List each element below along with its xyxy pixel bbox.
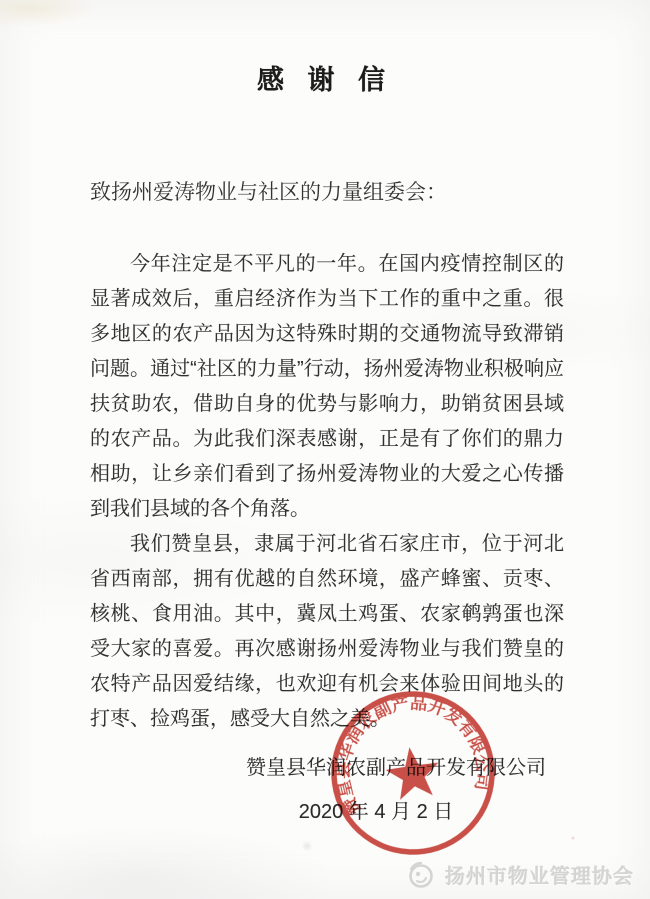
scanned-letter-page: 感 谢 信 致扬州爱涛物业与社区的力量组委会： 今年注定是不平凡的一年。在国内疫… [0,0,650,899]
letter-body: 今年注定是不平凡的一年。在国内疫情控制区的显著成效后，重启经济作为当下工作的重中… [90,247,564,737]
letter-title: 感 谢 信 [0,58,650,97]
company-seal-stamp: 赞皇县华润农副产品开发有限公司 [316,676,510,870]
watermark-text: 扬州市物业管理协会 [445,860,634,889]
red-star-icon [383,744,443,802]
association-watermark: 扬州市物业管理协会 [405,857,634,891]
letter-salutation: 致扬州爱涛物业与社区的力量组委会： [90,176,565,206]
association-logo-icon [405,857,437,891]
letter-paragraph-1: 今年注定是不平凡的一年。在国内疫情控制区的显著成效后，重启经济作为当下工作的重中… [90,247,564,527]
